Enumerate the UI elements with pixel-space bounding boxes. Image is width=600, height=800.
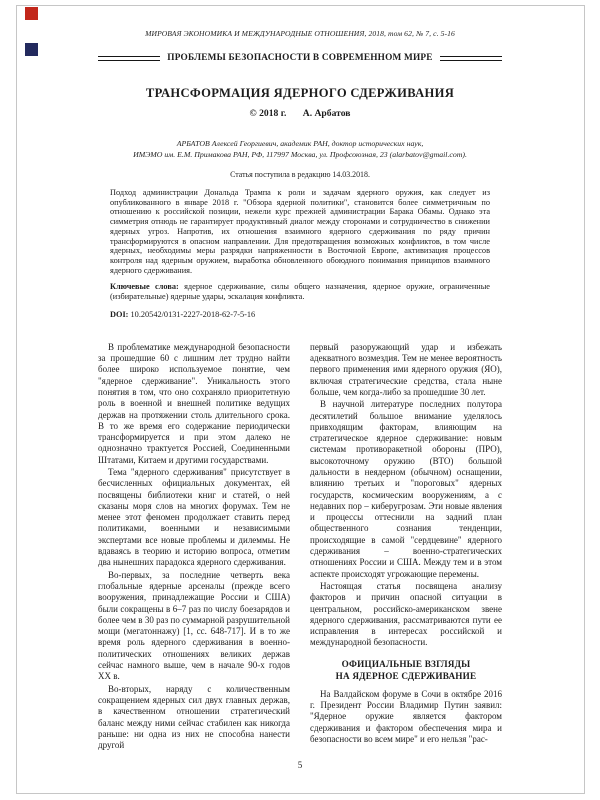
right-column: первый разоружающий удар и избежать адек… xyxy=(310,342,502,753)
paragraph: Настоящая статья посвящена анализу факто… xyxy=(310,581,502,649)
section-heading: ОФИЦИАЛЬНЫЕ ВЗГЛЯДЫ НА ЯДЕРНОЕ СДЕРЖИВАН… xyxy=(310,658,502,682)
section-banner-title: ПРОБЛЕМЫ БЕЗОПАСНОСТИ В СОВРЕМЕННОМ МИРЕ xyxy=(167,53,432,63)
doi-label: DOI: xyxy=(110,310,128,319)
paragraph: Во-вторых, наряду с количественным сокра… xyxy=(98,684,290,752)
section-heading-line2: НА ЯДЕРНОЕ СДЕРЖИВАНИЕ xyxy=(310,670,502,682)
copyright-notice: © 2018 г. xyxy=(250,108,287,119)
keywords-label: Ключевые слова: xyxy=(110,282,179,291)
article-title: ТРАНСФОРМАЦИЯ ЯДЕРНОГО СДЕРЖИВАНИЯ xyxy=(98,86,502,101)
paragraph: Тема "ядерного сдерживания" присутствует… xyxy=(98,467,290,569)
paragraph: Во-первых, за последние четверть века гл… xyxy=(98,570,290,683)
banner-rule-right xyxy=(440,56,502,61)
doi-line: DOI: 10.20542/0131-2227-2018-62-7-5-16 xyxy=(110,310,490,319)
paragraph: На Валдайском форуме в Сочи в октябре 20… xyxy=(310,689,502,745)
doi-value: 10.20542/0131-2227-2018-62-7-5-16 xyxy=(131,310,256,319)
journal-header: МИРОВАЯ ЭКОНОМИКА И МЕЖДУНАРОДНЫЕ ОТНОШЕ… xyxy=(98,29,502,38)
section-banner: ПРОБЛЕМЫ БЕЗОПАСНОСТИ В СОВРЕМЕННОМ МИРЕ xyxy=(98,53,502,63)
byline: © 2018 г. А. Арбатов xyxy=(98,108,502,119)
received-date: Статья поступила в редакцию 14.03.2018. xyxy=(98,170,502,179)
author-bio: АРБАТОВ Алексей Георгиевич, академик РАН… xyxy=(98,138,502,160)
paragraph: В проблематике международной безопасност… xyxy=(98,342,290,466)
body-columns: В проблематике международной безопасност… xyxy=(98,342,502,753)
banner-rule-left xyxy=(98,56,160,61)
page-number: 5 xyxy=(0,760,600,770)
red-marker-square xyxy=(25,7,38,20)
author-name: А. Арбатов xyxy=(303,108,351,119)
author-bio-line1: АРБАТОВ Алексей Георгиевич, академик РАН… xyxy=(98,138,502,149)
section-heading-line1: ОФИЦИАЛЬНЫЕ ВЗГЛЯДЫ xyxy=(310,658,502,670)
author-bio-line2: ИМЭМО им. Е.М. Примакова РАН, РФ, 117997… xyxy=(98,149,502,160)
paragraph: В научной литературе последних полутора … xyxy=(310,399,502,580)
abstract: Подход администрации Дональда Трампа к р… xyxy=(110,188,490,275)
paragraph: первый разоружающий удар и избежать адек… xyxy=(310,342,502,398)
navy-marker-square xyxy=(25,43,38,56)
left-column: В проблематике международной безопасност… xyxy=(98,342,290,753)
keywords-line: Ключевые слова: ядерное сдерживание, сил… xyxy=(110,282,490,301)
article-content: МИРОВАЯ ЭКОНОМИКА И МЕЖДУНАРОДНЫЕ ОТНОШЕ… xyxy=(98,0,502,800)
scanned-article-page: { "page": { "journal_line": "МИРОВАЯ ЭКО… xyxy=(0,0,600,800)
